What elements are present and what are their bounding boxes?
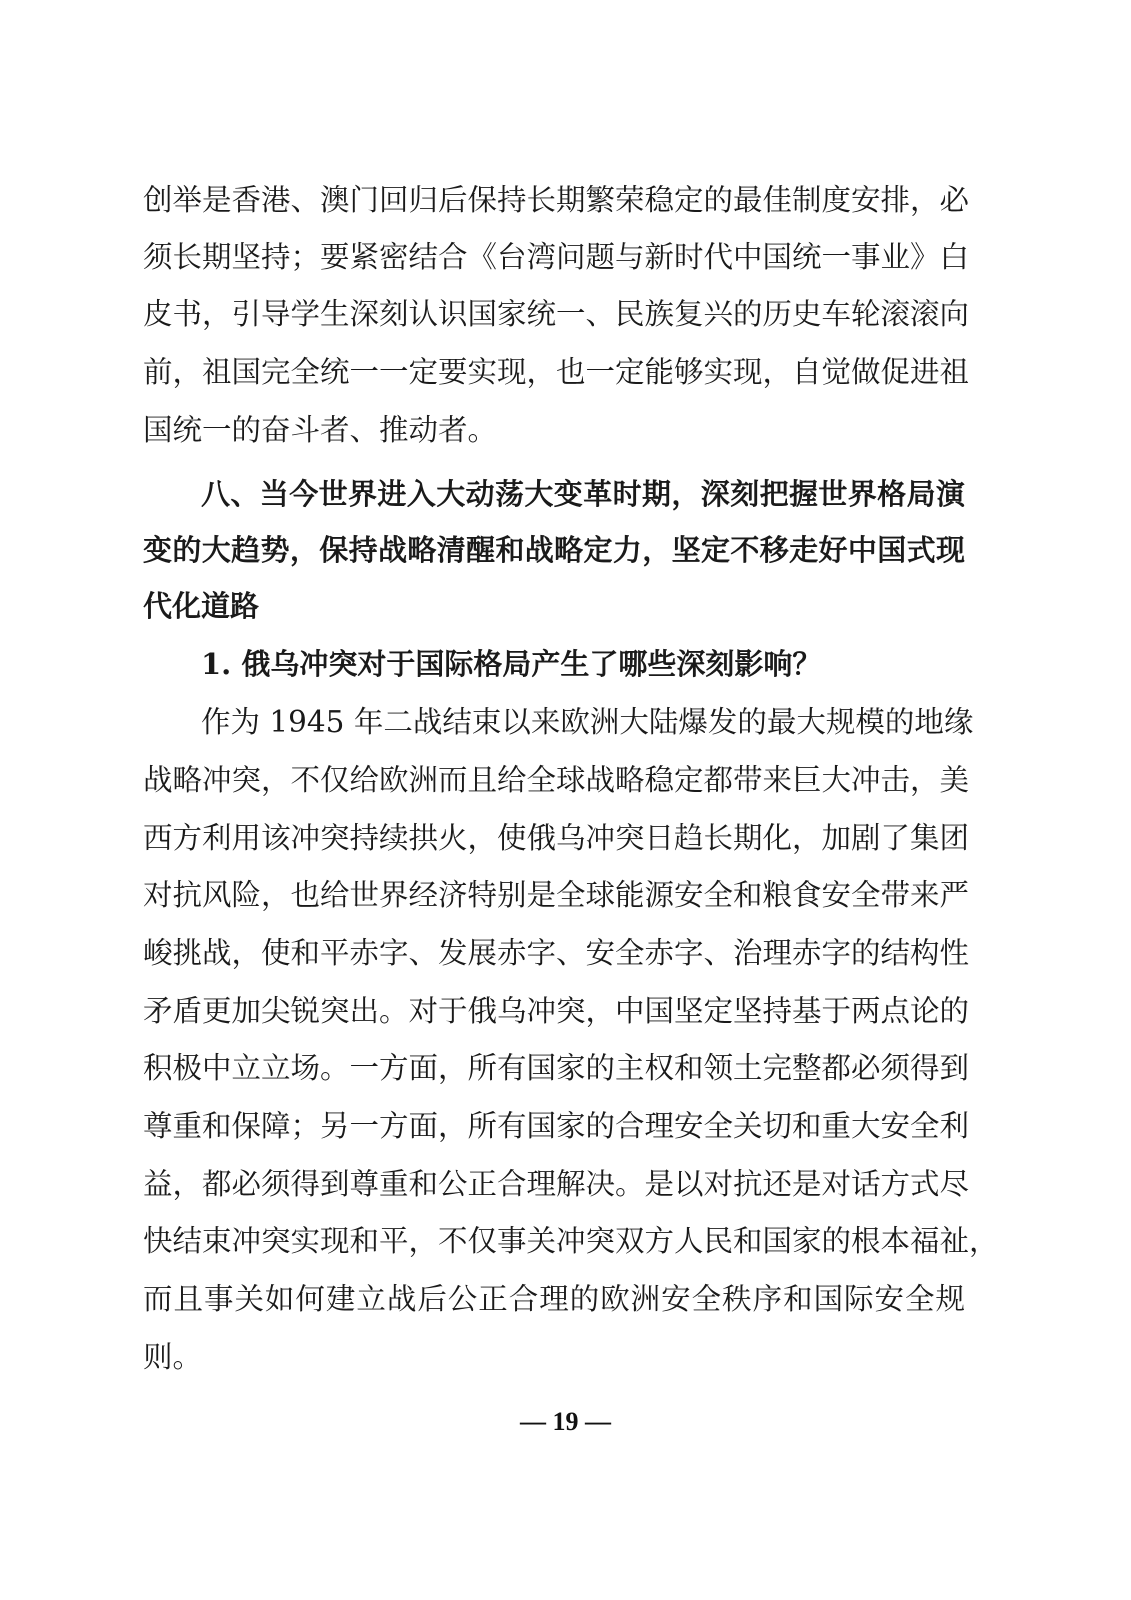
body-text-line: 前，祖国完全统一一定要实现，也一定能够实现，自觉做促进祖 <box>143 344 965 400</box>
page-number: — 19 — <box>0 1402 1131 1442</box>
body-text-line: 尊重和保障；另一方面，所有国家的合理安全关切和重大安全利 <box>143 1098 965 1154</box>
body-text-line: 则。 <box>143 1329 965 1385</box>
body-text-line: 国统一的奋斗者、推动者。 <box>143 402 965 458</box>
body-text-line: 须长期坚持；要紧密结合《台湾问题与新时代中国统一事业》白 <box>143 229 965 285</box>
body-text-line: 益，都必须得到尊重和公正合理解决。是以对抗还是对话方式尽 <box>143 1156 965 1212</box>
body-text-line: 作为 1945 年二战结束以来欧洲大陆爆发的最大规模的地缘 <box>143 694 965 750</box>
body-text-line: 战略冲突，不仅给欧洲而且给全球战略稳定都带来巨大冲击，美 <box>143 752 965 808</box>
body-text-line: 而且事关如何建立战后公正合理的欧洲安全秩序和国际安全规 <box>143 1271 965 1327</box>
body-text-line: 西方利用该冲突持续拱火，使俄乌冲突日趋长期化，加剧了集团 <box>143 810 965 866</box>
section-heading-line: 代化道路 <box>143 578 965 634</box>
body-text-line: 皮书，引导学生深刻认识国家统一、民族复兴的历史车轮滚滚向 <box>143 286 965 342</box>
body-text-line: 矛盾更加尖锐突出。对于俄乌冲突，中国坚定坚持基于两点论的 <box>143 983 965 1039</box>
question-heading: 1. 俄乌冲突对于国际格局产生了哪些深刻影响？ <box>143 636 965 692</box>
section-heading-line: 变的大趋势，保持战略清醒和战略定力，坚定不移走好中国式现 <box>143 522 965 578</box>
body-text-line: 对抗风险，也给世界经济特别是全球能源安全和粮食安全带来严 <box>143 867 965 923</box>
section-heading-line: 八、当今世界进入大动荡大变革时期，深刻把握世界格局演 <box>143 466 965 522</box>
body-text-line: 快结束冲突实现和平，不仅事关冲突双方人民和国家的根本福祉， <box>143 1213 965 1269</box>
body-text-line: 峻挑战，使和平赤字、发展赤字、安全赤字、治理赤字的结构性 <box>143 925 965 981</box>
body-text-line: 积极中立立场。一方面，所有国家的主权和领土完整都必须得到 <box>143 1040 965 1096</box>
body-text-line: 创举是香港、澳门回归后保持长期繁荣稳定的最佳制度安排，必 <box>143 172 965 228</box>
